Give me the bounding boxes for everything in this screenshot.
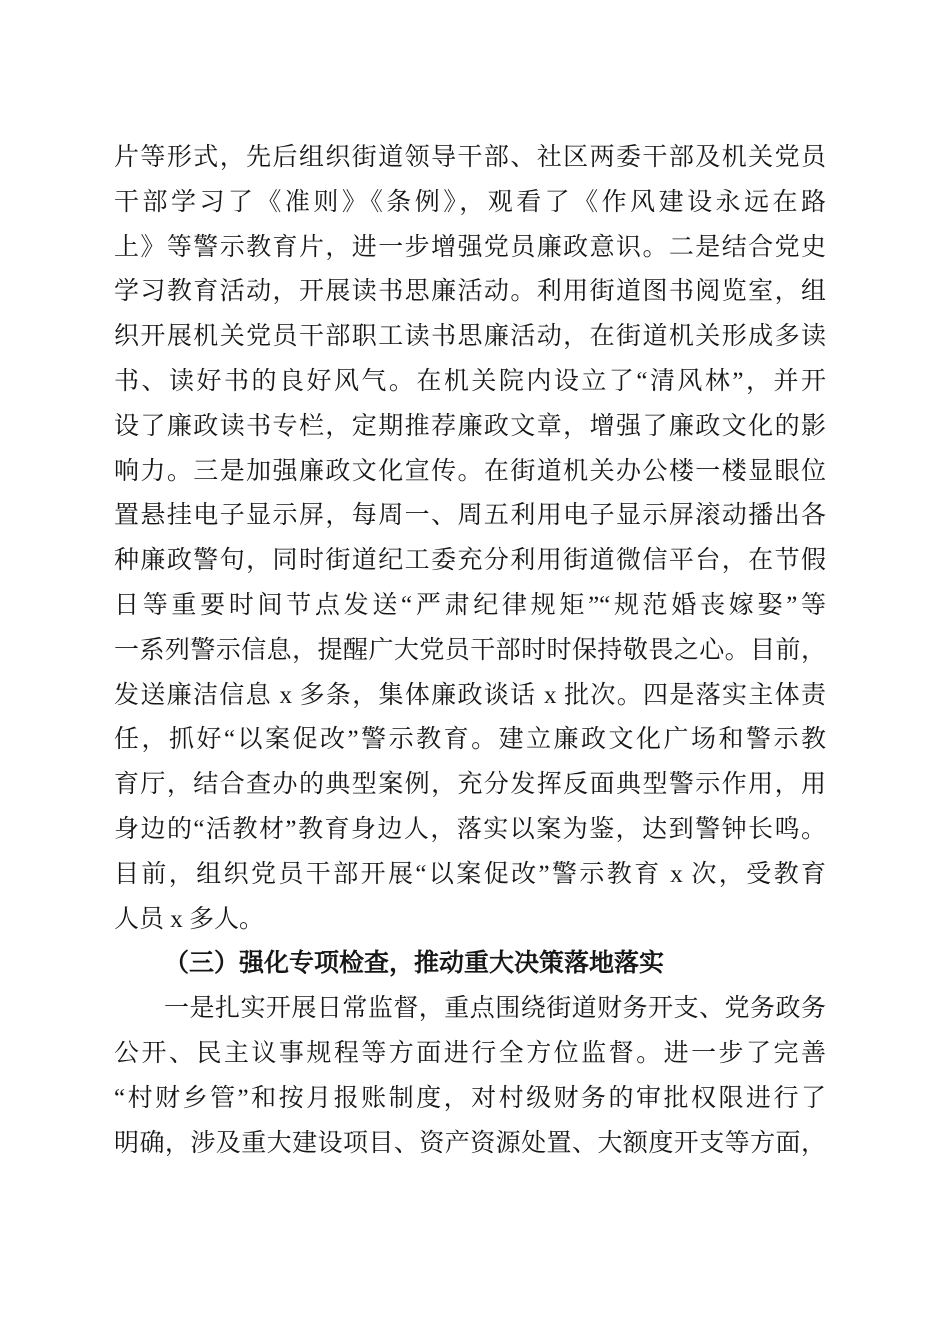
text-line: 目前，组织党员干部开展“以案促改”警示教育 x 次，受教育 [114,853,826,898]
text-line: 种廉政警句，同时街道纪工委充分利用街道微信平台，在节假 [114,539,826,584]
text-line: 书、读好书的良好风气。在机关院内设立了“清风林”，并开 [114,360,826,405]
text-line: 任，抓好“以案促改”警示教育。建立廉政文化广场和警示教 [114,718,826,763]
document-body: 片等形式，先后组织街道领导干部、社区两委干部及机关党员干部学习了《准则》《条例》… [114,136,826,1166]
section-heading: （三）强化专项检查，推动重大决策落地落实 [114,942,826,987]
text-line: 上》等警示教育片，进一步增强党员廉政意识。二是结合党史 [114,226,826,271]
text-line: 干部学习了《准则》《条例》，观看了《作风建设永远在路 [114,181,826,226]
text-line: 人员 x 多人。 [114,898,826,943]
text-line: 片等形式，先后组织街道领导干部、社区两委干部及机关党员 [114,136,826,181]
text-line: 响力。三是加强廉政文化宣传。在街道机关办公楼一楼显眼位 [114,450,826,495]
text-line: 设了廉政读书专栏，定期推荐廉政文章，增强了廉政文化的影 [114,405,826,450]
text-line: 公开、民主议事规程等方面进行全方位监督。进一步了完善 [114,1032,826,1077]
text-line: 学习教育活动，开展读书思廉活动。利用街道图书阅览室，组 [114,270,826,315]
text-line: 一是扎实开展日常监督，重点围绕街道财务开支、党务政务 [114,987,826,1032]
text-line: “村财乡管”和按月报账制度，对村级财务的审批权限进行了 [114,1077,826,1122]
text-line: 一系列警示信息，提醒广大党员干部时时保持敬畏之心。目前， [114,629,826,674]
text-line: 明确，涉及重大建设项目、资产资源处置、大额度开支等方面， [114,1122,826,1167]
text-line: 育厅，结合查办的典型案例，充分发挥反面典型警示作用，用 [114,763,826,808]
text-line: 发送廉洁信息 x 多条，集体廉政谈话 x 批次。四是落实主体责 [114,674,826,719]
text-line: 置悬挂电子显示屏，每周一、周五利用电子显示屏滚动播出各 [114,494,826,539]
document-page: 片等形式，先后组织街道领导干部、社区两委干部及机关党员干部学习了《准则》《条例》… [0,0,950,1344]
text-line: 织开展机关党员干部职工读书思廉活动，在街道机关形成多读 [114,315,826,360]
text-line: 日等重要时间节点发送“严肃纪律规矩”“规范婚丧嫁娶”等 [114,584,826,629]
text-line: 身边的“活教材”教育身边人，落实以案为鉴，达到警钟长鸣。 [114,808,826,853]
